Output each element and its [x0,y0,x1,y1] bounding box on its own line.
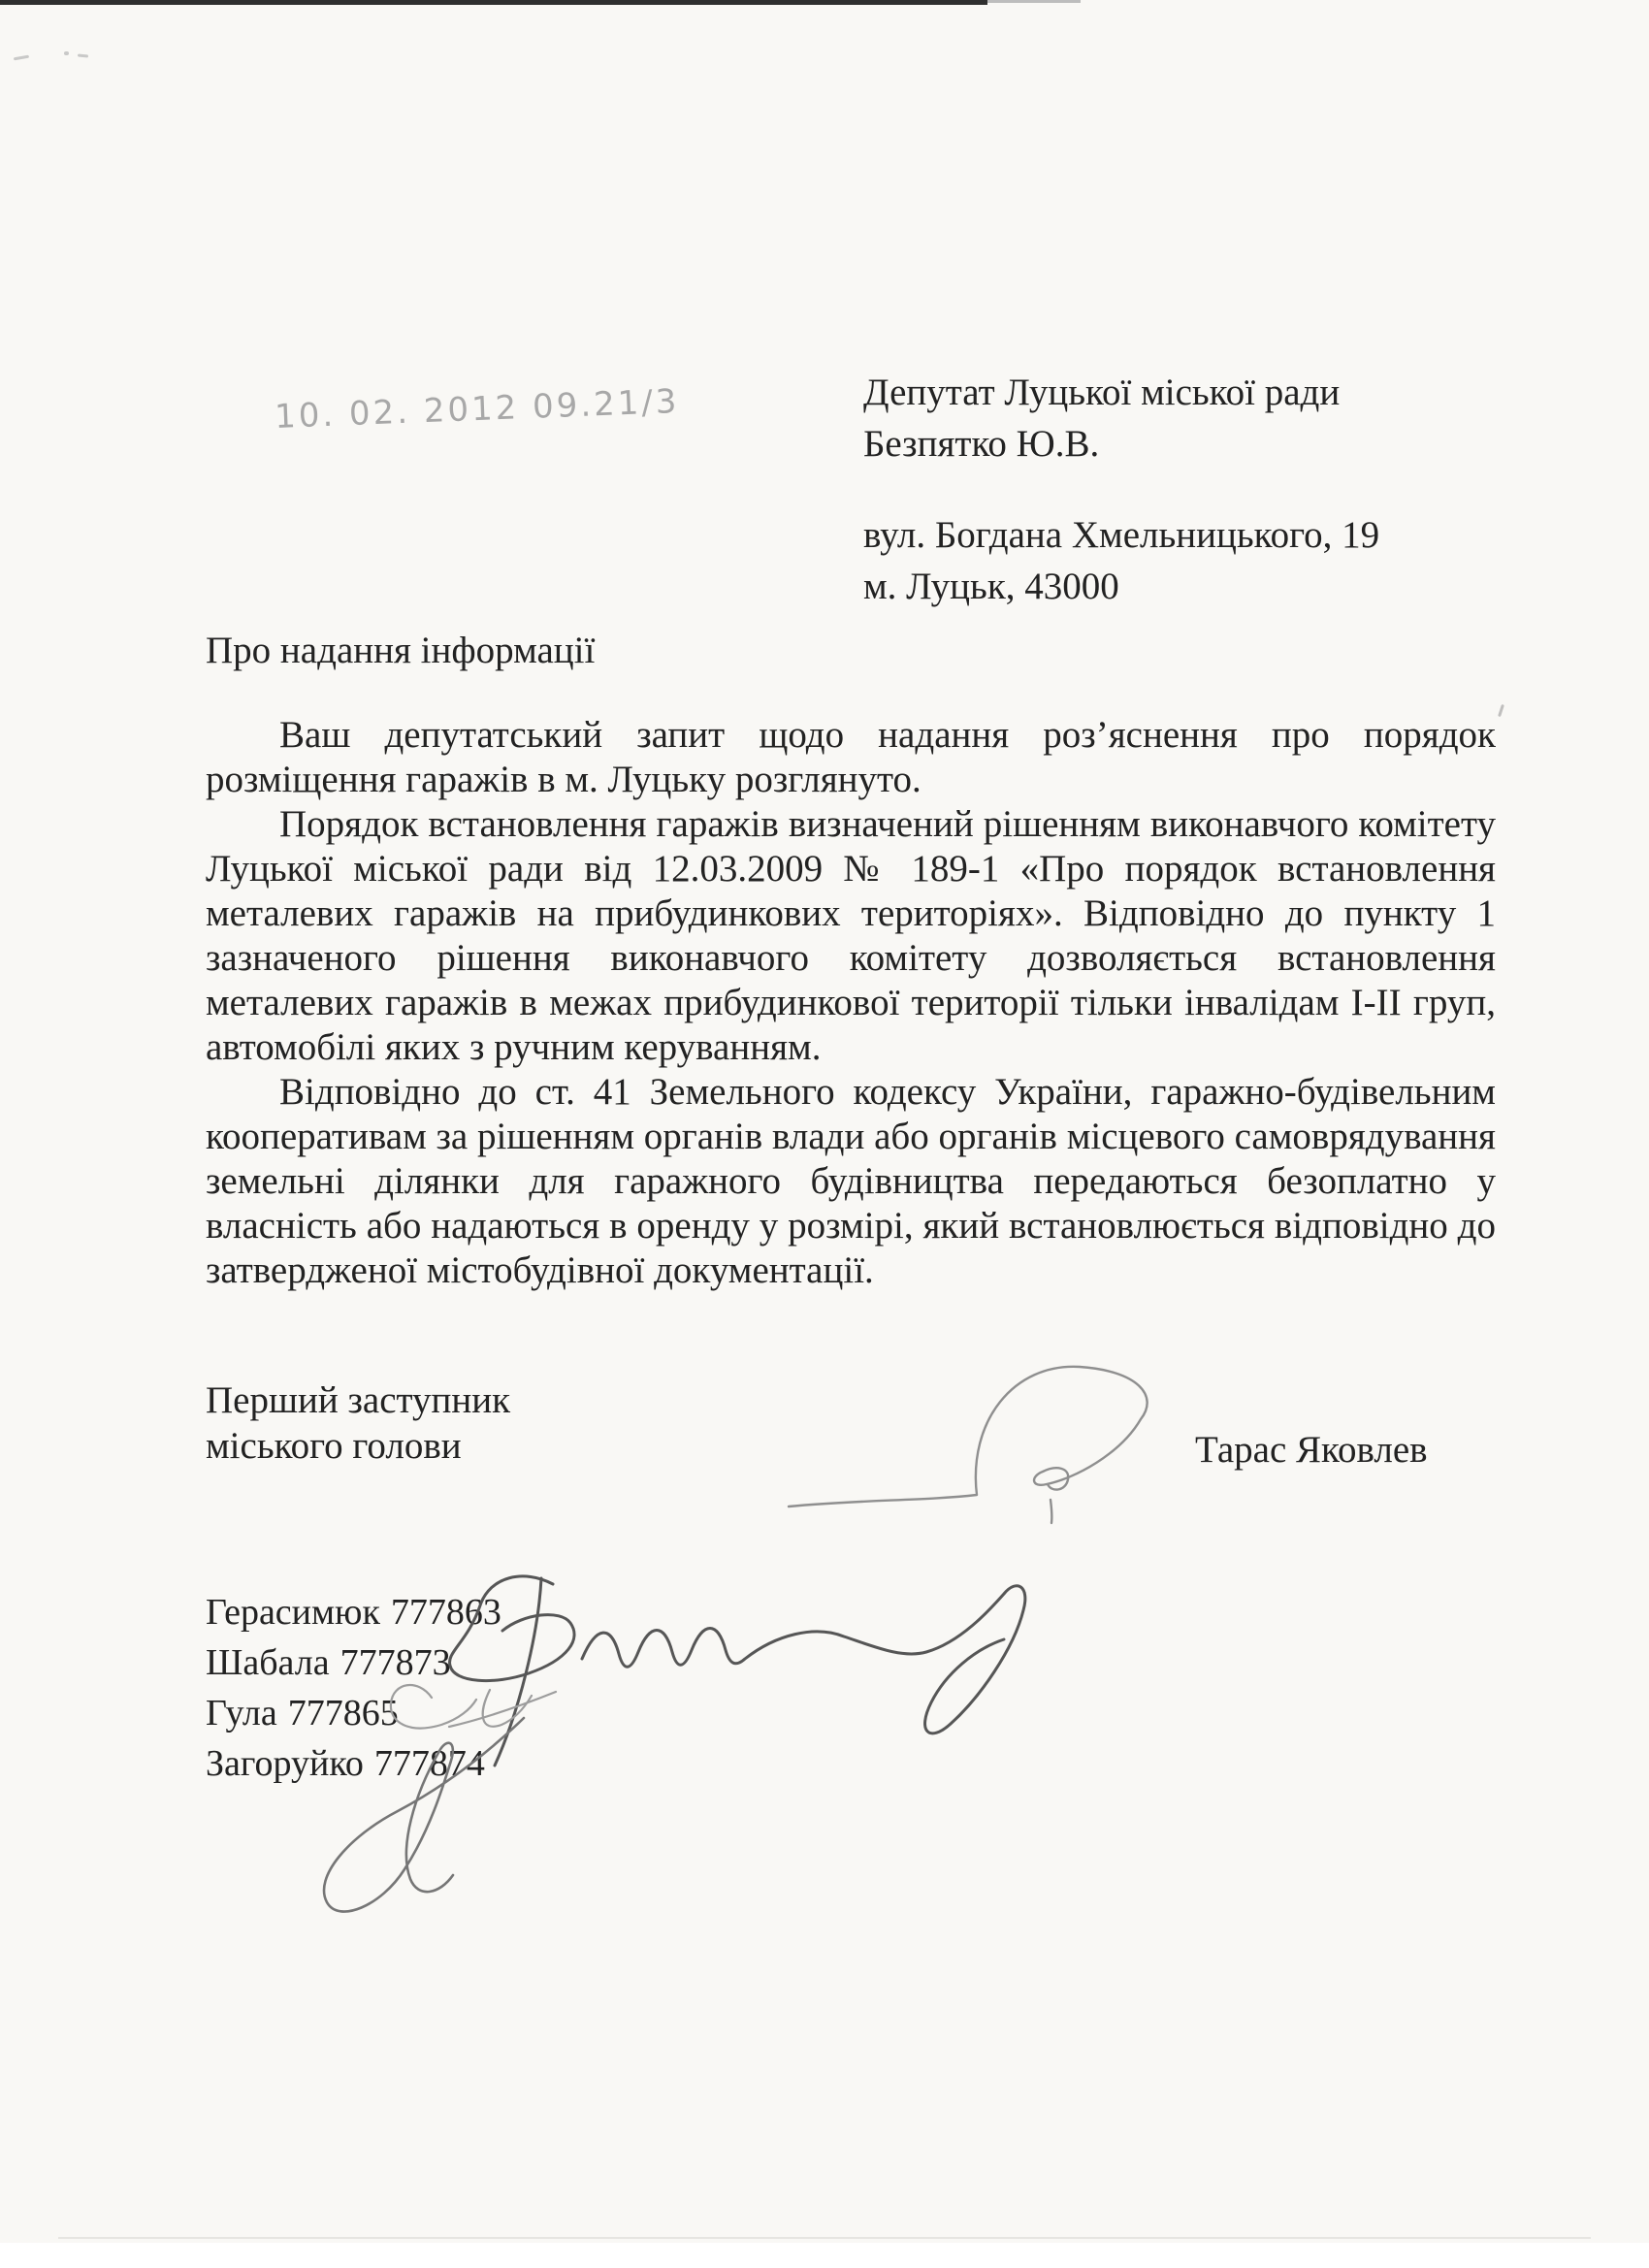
scan-edge-artifact [987,0,1081,3]
pencil-mark [14,55,29,61]
pencil-mark [64,51,69,55]
contact-name: Шабала [206,1642,330,1683]
signer-title-line: Перший заступник [206,1377,510,1423]
scan-edge-artifact [0,0,987,5]
subject-line: Про надання інформації [206,629,595,673]
signature-mark-flourish [306,1712,538,1945]
scan-edge-artifact [0,2243,1649,2268]
paragraph: Відповідно до ст. 41 Земельного кодексу … [206,1070,1496,1293]
recipient-line: Депутат Луцької міської ради [863,367,1465,418]
recipient-line: Безпятко Ю.В. [863,418,1465,470]
paragraph: Ваш депутатський запит щодо надання роз’… [206,713,1496,802]
contact-name: Герасимюк [206,1592,380,1633]
document-page: 10. 02. 2012 09.21/3 Депутат Луцької міс… [0,0,1649,2268]
paragraph: Порядок встановлення гаражів визначений … [206,802,1496,1070]
recipient-block: Депутат Луцької міської ради Безпятко Ю.… [863,367,1465,612]
signer-title: Перший заступник міського голови [206,1377,510,1469]
letter-body: Ваш депутатський запит щодо надання роз’… [206,713,1496,1293]
recipient-line: м. Луцьк, 43000 [863,561,1465,612]
contact-name: Гула [206,1693,277,1733]
handwritten-date-annotation: 10. 02. 2012 09.21/3 [274,382,680,437]
scan-edge-artifact [58,2237,1591,2239]
signer-name: Тарас Яковлев [1195,1428,1428,1472]
scan-speck [1498,704,1504,717]
signer-title-line: міського голови [206,1423,510,1469]
signature-mark-signer [781,1353,1169,1533]
recipient-line: вул. Богдана Хмельницького, 19 [863,509,1465,561]
pencil-mark [78,53,88,57]
